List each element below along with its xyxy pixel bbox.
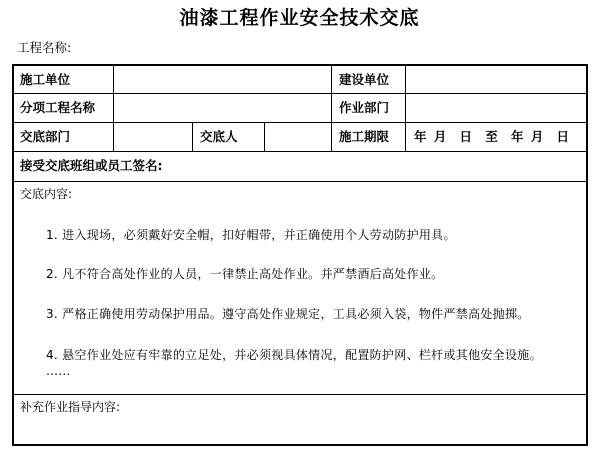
content-ellipsis: …… [46, 363, 71, 379]
sub-project-label: 分项工程名称 [20, 100, 95, 116]
builder-unit-label: 建设单位 [339, 72, 389, 88]
work-dept-field[interactable] [406, 94, 586, 122]
construction-unit-field[interactable] [114, 66, 331, 93]
row-divider [14, 151, 586, 152]
project-name-label: 工程名称: [17, 40, 71, 56]
row-divider [14, 394, 586, 395]
content-item-4: 4. 悬空作业处应有牢靠的立足处，并必须视具体情况，配置防护网、栏杆或其他安全设… [46, 347, 542, 363]
content-item-3: 3. 严格正确使用劳动保护用品。遵守高处作业规定，工具必须入袋，物件严禁高处抛掷… [46, 306, 530, 322]
supplement-label: 补充作业指导内容: [20, 399, 120, 415]
handover-dept-label: 交底部门 [20, 129, 70, 145]
construction-unit-label: 施工单位 [20, 72, 70, 88]
builder-unit-field[interactable] [406, 66, 586, 93]
handover-dept-field[interactable] [114, 123, 192, 151]
handover-person-field[interactable] [265, 123, 331, 151]
handover-person-label: 交底人 [200, 129, 238, 145]
content-item-1: 1. 进入现场，必须戴好安全帽，扣好帽带，并正确使用个人劳动防护用具。 [46, 227, 456, 243]
content-item-2: 2. 凡不符合高处作业的人员，一律禁止高处作业。并严禁酒后高处作业。 [46, 266, 443, 282]
col-divider [331, 66, 332, 151]
work-dept-label: 作业部门 [339, 100, 389, 116]
document-title: 油漆工程作业安全技术交底 [0, 6, 599, 30]
row-divider [14, 181, 586, 182]
period-field[interactable]: 年 月 日 至 年 月 日 [414, 129, 571, 145]
sub-project-field[interactable] [114, 94, 331, 122]
col-divider [192, 122, 193, 151]
signature-label: 接受交底班组或员工签名: [20, 158, 163, 174]
content-label: 交底内容: [20, 186, 72, 202]
handover-form: 施工单位 建设单位 分项工程名称 作业部门 交底部门 交底人 施工期限 年 月 … [12, 64, 588, 446]
period-label: 施工期限 [339, 129, 389, 145]
